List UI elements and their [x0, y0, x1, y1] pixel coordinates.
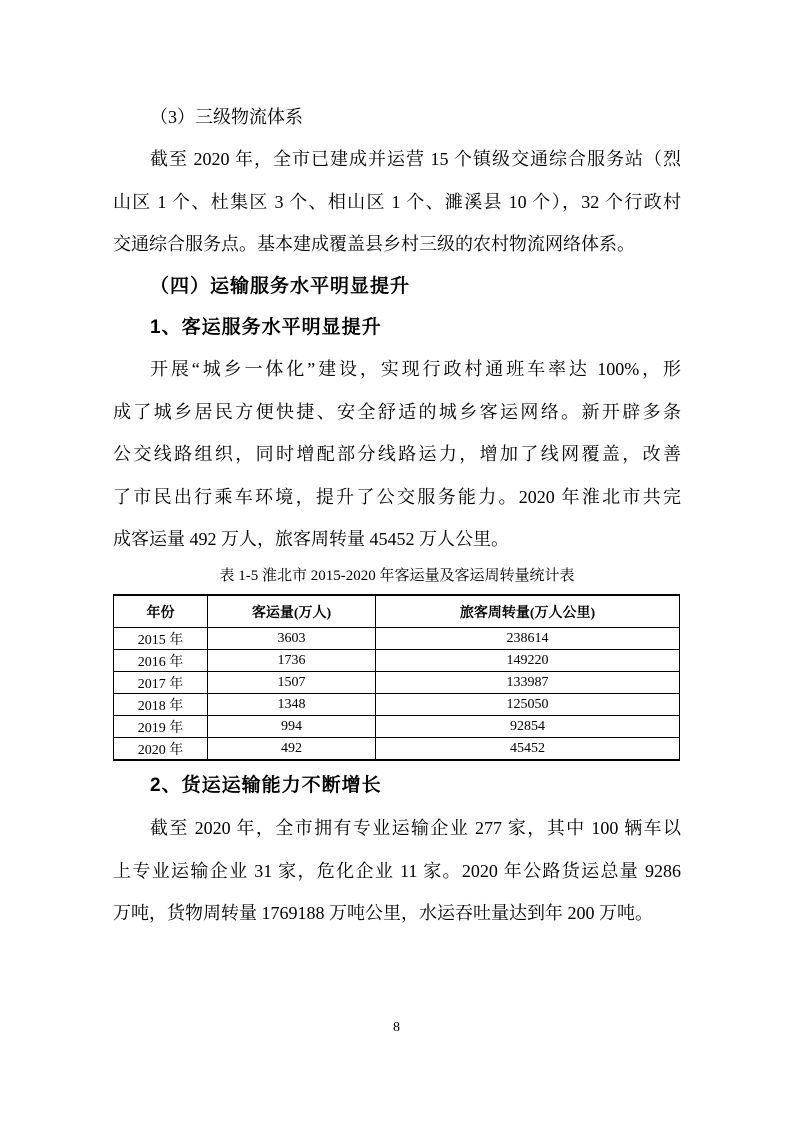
paragraph-freight: 截至 2020 年，全市拥有专业运输企业 277 家，其中 100 辆车以 上专…	[113, 807, 681, 935]
section-heading-transport-service: （四）运输服务水平明显提升	[113, 266, 681, 309]
table-cell-year: 2015 年	[114, 628, 208, 650]
table-cell-year: 2018 年	[114, 694, 208, 716]
table-cell-turnover: 149220	[376, 650, 680, 672]
table-cell-year: 2019 年	[114, 716, 208, 738]
table-row: 2015 年 3603 238614	[114, 628, 680, 650]
table-cell-volume: 1348	[208, 694, 376, 716]
subsection-heading-logistics-system: （3）三级物流体系	[113, 96, 681, 139]
paragraph-line: 开展“城乡一体化”建设，实现行政村通班车率达 100%，形	[113, 348, 681, 391]
paragraph-line: 公交线路组织，同时增配部分线路运力，增加了线网覆盖，改善	[113, 433, 681, 476]
table-header-year: 年份	[114, 595, 208, 628]
table-header-row: 年份 客运量(万人) 旅客周转量(万人公里)	[114, 595, 680, 628]
document-page: （3）三级物流体系 截至 2020 年，全市已建成并运营 15 个镇级交通综合服…	[0, 0, 793, 1122]
table-cell-volume: 492	[208, 738, 376, 761]
table-cell-year: 2016 年	[114, 650, 208, 672]
paragraph-line: 上专业运输企业 31 家，危化企业 11 家。2020 年公路货运总量 9286	[113, 850, 681, 893]
paragraph-line: 截至 2020 年，全市已建成并运营 15 个镇级交通综合服务站（烈	[113, 138, 681, 181]
passenger-stats-table: 年份 客运量(万人) 旅客周转量(万人公里) 2015 年 3603 23861…	[113, 594, 680, 761]
table-cell-year: 2017 年	[114, 672, 208, 694]
page-number: 8	[0, 1019, 793, 1037]
paragraph-line: 成了城乡居民方便快捷、安全舒适的城乡客运网络。新开辟多条	[113, 391, 681, 434]
paragraph-line: 交通综合服务点。基本建成覆盖县乡村三级的农村物流网络体系。	[113, 223, 681, 266]
table-cell-turnover: 45452	[376, 738, 680, 761]
table-row: 2016 年 1736 149220	[114, 650, 680, 672]
paragraph-line: 山区 1 个、杜集区 3 个、相山区 1 个、濉溪县 10 个），32 个行政村	[113, 181, 681, 224]
table-row: 2017 年 1507 133987	[114, 672, 680, 694]
table-row: 2019 年 994 92854	[114, 716, 680, 738]
paragraph-passenger: 开展“城乡一体化”建设，实现行政村通班车率达 100%，形 成了城乡居民方便快捷…	[113, 348, 681, 561]
table-cell-volume: 994	[208, 716, 376, 738]
table-row: 2020 年 492 45452	[114, 738, 680, 761]
subsection-heading-passenger-service: 1、客运服务水平明显提升	[113, 307, 681, 350]
subsection-heading-freight-capacity: 2、货运运输能力不断增长	[113, 765, 681, 808]
table-header-volume: 客运量(万人)	[208, 595, 376, 628]
table-cell-year: 2020 年	[114, 738, 208, 761]
table-cell-volume: 3603	[208, 628, 376, 650]
paragraph-line: 万吨，货物周转量 1769188 万吨公里，水运吞吐量达到年 200 万吨。	[113, 892, 681, 935]
table-cell-volume: 1507	[208, 672, 376, 694]
paragraph-logistics: 截至 2020 年，全市已建成并运营 15 个镇级交通综合服务站（烈 山区 1 …	[113, 138, 681, 266]
paragraph-line: 成客运量 492 万人，旅客周转量 45452 万人公里。	[113, 518, 681, 561]
table-cell-turnover: 133987	[376, 672, 680, 694]
table-cell-volume: 1736	[208, 650, 376, 672]
paragraph-line: 了市民出行乘车环境，提升了公交服务能力。2020 年淮北市共完	[113, 476, 681, 519]
table-caption: 表 1-5 淮北市 2015-2020 年客运量及客运周转量统计表	[113, 563, 681, 589]
paragraph-line: 截至 2020 年，全市拥有专业运输企业 277 家，其中 100 辆车以	[113, 807, 681, 850]
table-row: 2018 年 1348 125050	[114, 694, 680, 716]
table-cell-turnover: 238614	[376, 628, 680, 650]
table-header-turnover: 旅客周转量(万人公里)	[376, 595, 680, 628]
table-cell-turnover: 125050	[376, 694, 680, 716]
table-cell-turnover: 92854	[376, 716, 680, 738]
